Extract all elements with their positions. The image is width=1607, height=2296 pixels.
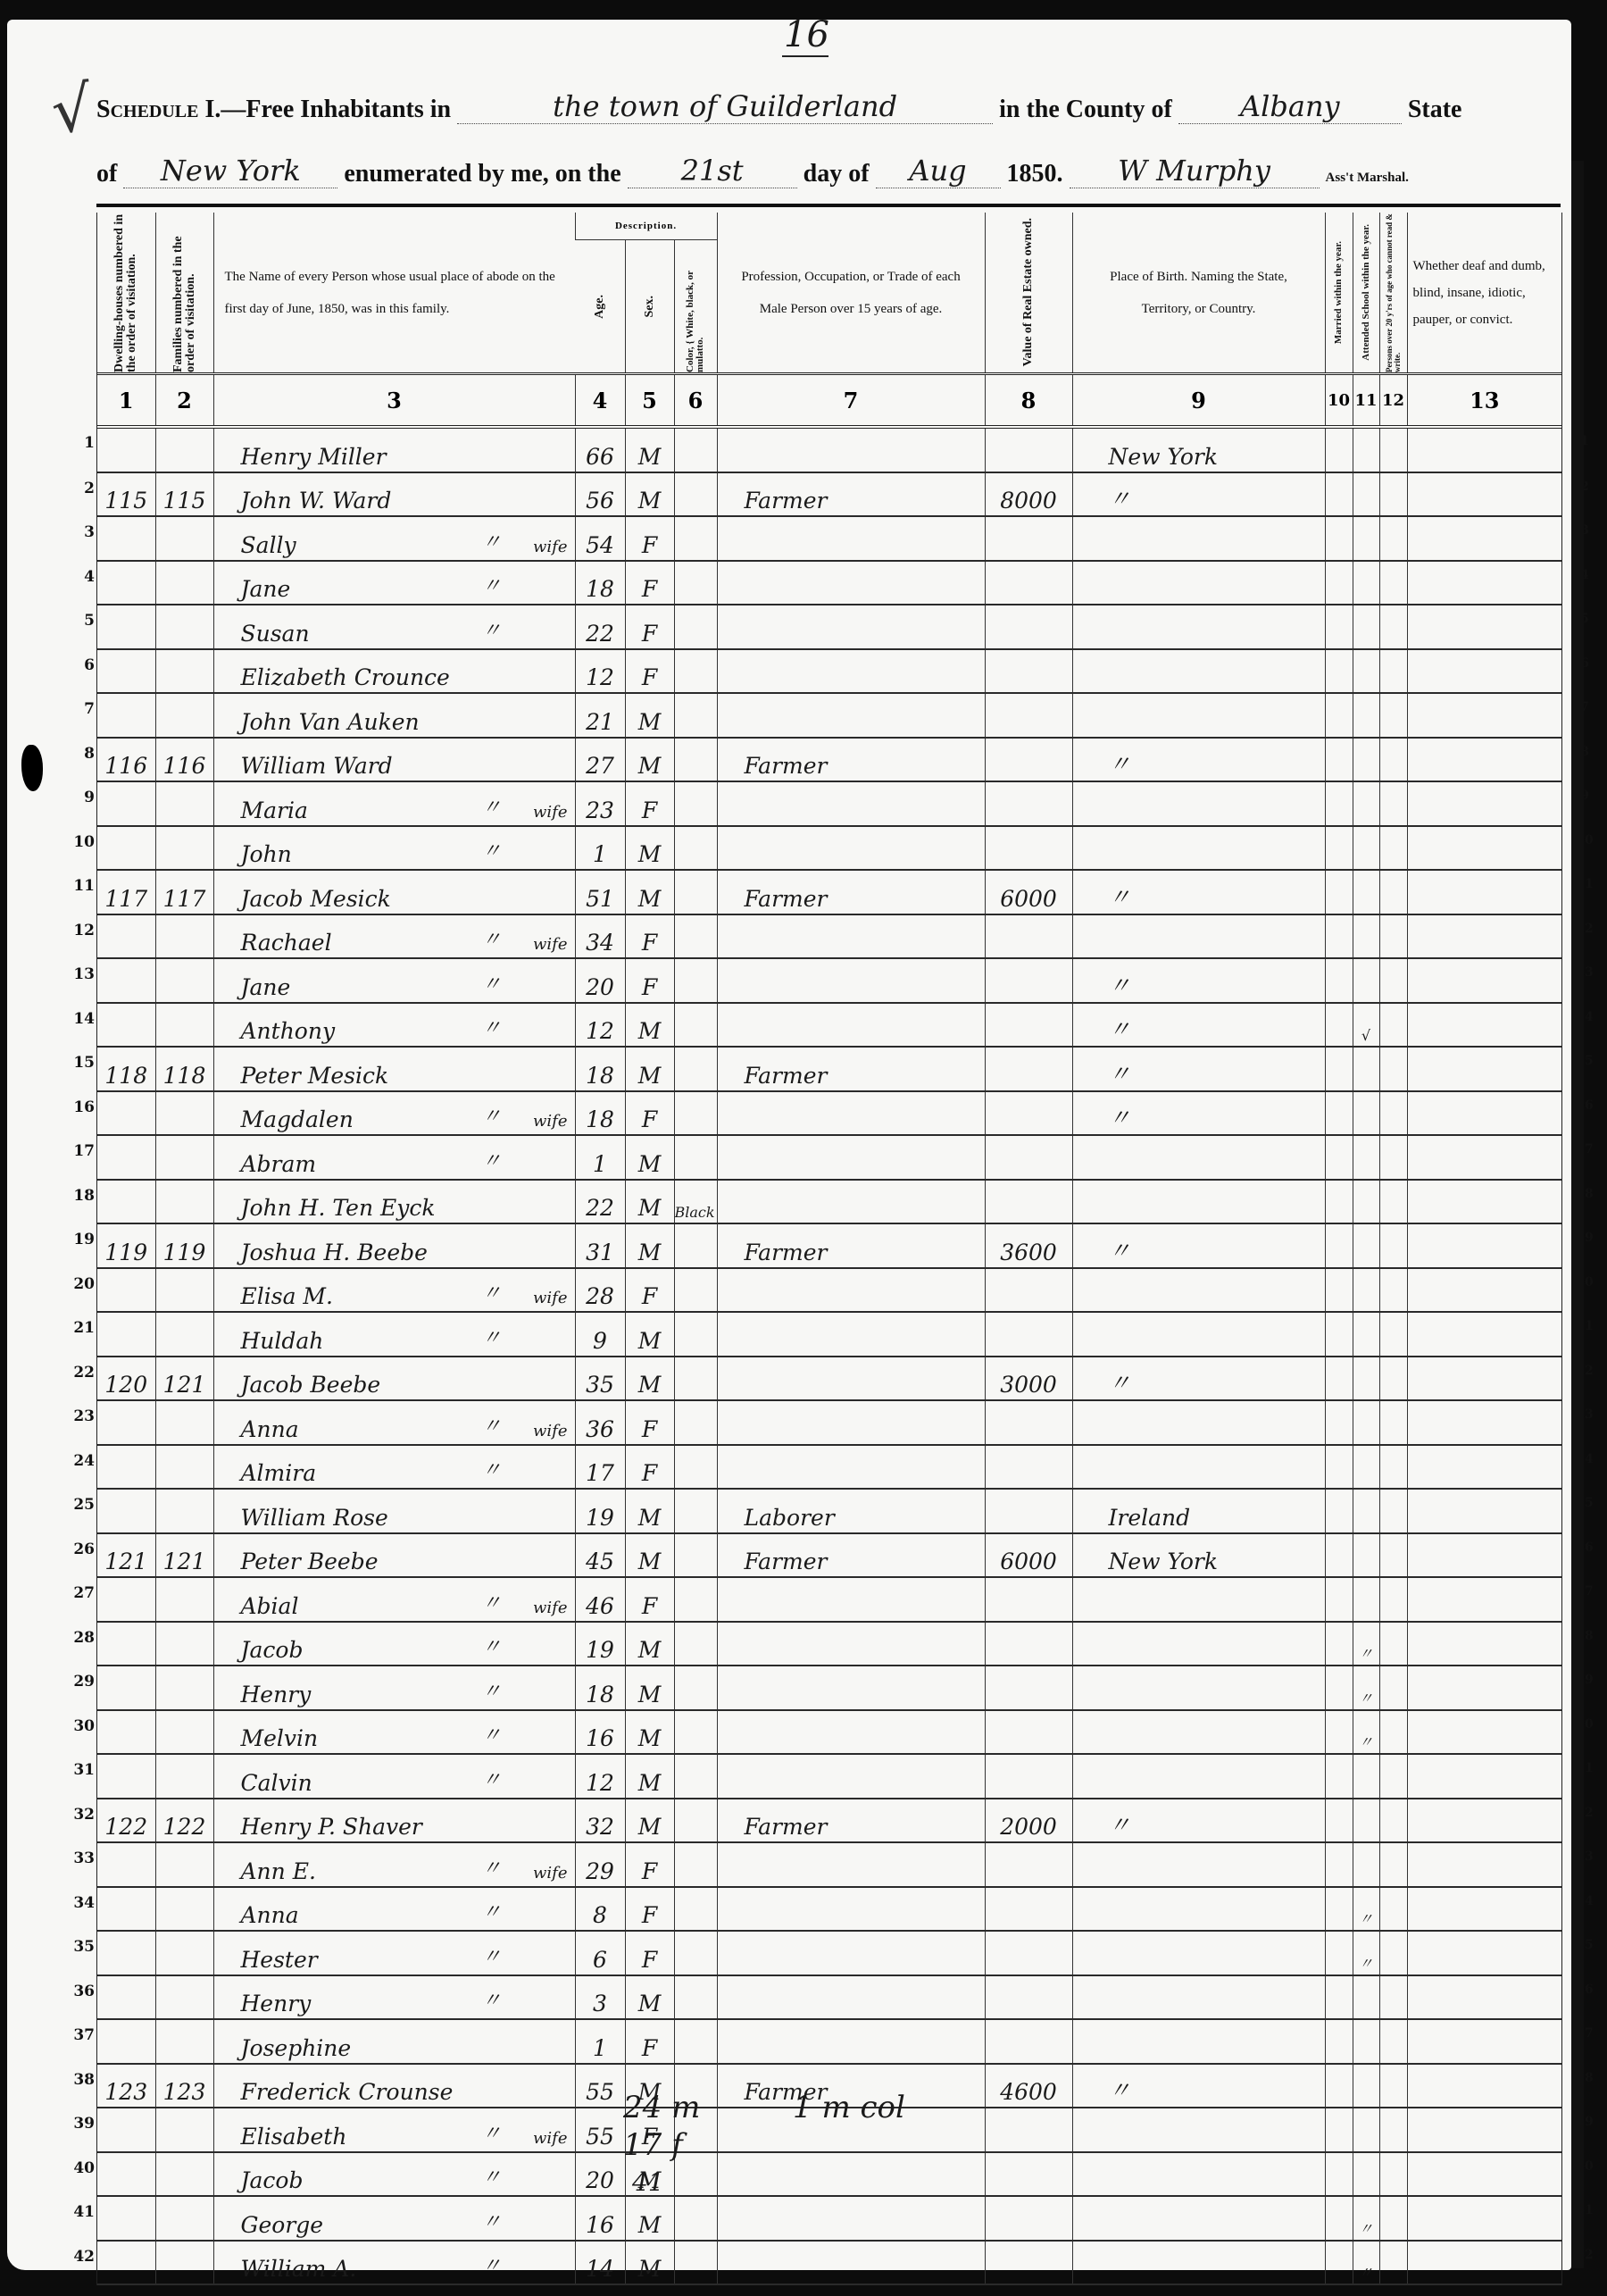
ditto-mark: 〃 <box>482 1985 502 2013</box>
ditto-mark: 〃 <box>482 1632 502 1659</box>
ditto-mark: 〃 <box>482 1853 502 1881</box>
table-row: Henry〃18M〃 <box>97 1666 1561 1710</box>
sex-cell: M <box>625 1622 674 1666</box>
dwelling-number-cell <box>97 1666 155 1710</box>
table-row: 119119Joshua H. Beebe31MFarmer3600〃 <box>97 1223 1561 1268</box>
line-number-left: 32 <box>62 1806 95 1824</box>
real-estate-value-cell: 8000 <box>985 472 1072 517</box>
age-cell: 28 <box>575 1268 625 1313</box>
birthplace-cell: New York <box>1072 1533 1325 1578</box>
person-name-cell: Frederick Crounse <box>213 2064 575 2108</box>
age-cell: 12 <box>575 1754 625 1799</box>
age-cell: 54 <box>575 516 625 561</box>
person-name-cell: Jacob Beebe <box>213 1357 575 1401</box>
color-cell <box>674 605 717 649</box>
disability-cell <box>1407 427 1561 472</box>
ditto-mark: 〃 <box>482 1676 502 1704</box>
illiterate-mark-cell <box>1379 2196 1407 2241</box>
disability-cell <box>1407 561 1561 605</box>
relation: wife <box>533 1422 567 1440</box>
color-cell <box>674 738 717 782</box>
illiterate-mark-cell <box>1379 1887 1407 1932</box>
married-mark-cell <box>1325 605 1353 649</box>
sex-cell: M <box>625 870 674 914</box>
school-mark-cell <box>1353 1400 1379 1445</box>
line-number-left: 7 <box>62 700 95 718</box>
page-binding-edge <box>1571 161 1584 2268</box>
disability-cell <box>1407 605 1561 649</box>
birthplace-cell: Ireland <box>1072 1489 1325 1533</box>
illiterate-mark-cell <box>1379 1091 1407 1136</box>
color-cell <box>674 914 717 959</box>
age-cell: 18 <box>575 1666 625 1710</box>
sex-cell: M <box>625 1047 674 1091</box>
table-row: Maria〃wife23F <box>97 781 1561 826</box>
line-number-left: 23 <box>62 1407 95 1425</box>
table-row: Anna〃wife36F <box>97 1400 1561 1445</box>
person-name: Henry Miller <box>241 444 387 470</box>
age-cell: 20 <box>575 2152 625 2197</box>
sex-cell: F <box>625 1091 674 1136</box>
occupation-cell: Farmer <box>717 1799 985 1843</box>
occupation-cell <box>717 693 985 738</box>
person-name-cell: Hester〃 <box>213 1931 575 1975</box>
person-name: Melvin <box>241 1725 319 1751</box>
table-row: 120121Jacob Beebe35M3000〃 <box>97 1357 1561 1401</box>
color-cell <box>674 1931 717 1975</box>
married-mark-cell <box>1325 1975 1353 2020</box>
line-number-left: 5 <box>62 612 95 630</box>
line-number-left: 37 <box>62 2026 95 2044</box>
sex-cell: F <box>625 649 674 694</box>
dwelling-number-cell <box>97 1400 155 1445</box>
school-mark-cell <box>1353 914 1379 959</box>
birthplace-cell <box>1072 1268 1325 1313</box>
dwelling-number-cell: 123 <box>97 2064 155 2108</box>
person-name: Calvin <box>241 1770 312 1796</box>
line-number-left: 26 <box>62 1540 95 1558</box>
table-row: George〃16M〃 <box>97 2196 1561 2241</box>
disability-cell <box>1407 2196 1561 2241</box>
age-cell: 22 <box>575 1180 625 1224</box>
disability-cell <box>1407 472 1561 517</box>
age-cell: 55 <box>575 2108 625 2152</box>
dwelling-number-cell <box>97 1710 155 1755</box>
occupation-cell <box>717 2152 985 2197</box>
married-mark-cell <box>1325 826 1353 871</box>
line-number-left: 16 <box>62 1098 95 1116</box>
month-field: Aug <box>876 154 1001 188</box>
ditto-mark: 〃 <box>482 1278 502 1306</box>
school-mark-cell <box>1353 1312 1379 1357</box>
family-number-cell <box>155 693 213 738</box>
col-header-occupation: Profession, Occupation, or Trade of each… <box>717 213 985 374</box>
line-number-left: 25 <box>62 1496 95 1514</box>
dwelling-number-cell <box>97 2196 155 2241</box>
sex-cell: M <box>625 2241 674 2285</box>
sex-cell: M <box>625 1754 674 1799</box>
person-name-cell: John〃 <box>213 826 575 871</box>
disability-cell <box>1407 1357 1561 1401</box>
married-mark-cell <box>1325 1710 1353 1755</box>
person-name-cell: Ann E.〃wife <box>213 1842 575 1887</box>
column-number-row: 123 456 789 101112 13 <box>97 374 1561 428</box>
real-estate-value-cell <box>985 1666 1072 1710</box>
school-mark-cell <box>1353 870 1379 914</box>
illiterate-mark-cell <box>1379 1135 1407 1180</box>
ditto-mark: 〃 <box>482 1101 502 1129</box>
sex-cell: M <box>625 1180 674 1224</box>
real-estate-value-cell <box>985 958 1072 1003</box>
married-mark-cell <box>1325 2241 1353 2285</box>
sex-cell: M <box>625 1357 674 1401</box>
disability-cell <box>1407 1533 1561 1578</box>
age-cell: 20 <box>575 958 625 1003</box>
color-cell <box>674 2196 717 2241</box>
illiterate-mark-cell <box>1379 1400 1407 1445</box>
married-mark-cell <box>1325 1622 1353 1666</box>
line-number-left: 10 <box>62 833 95 851</box>
age-cell: 1 <box>575 2019 625 2064</box>
family-number-cell <box>155 1135 213 1180</box>
school-mark-cell <box>1353 2064 1379 2108</box>
occupation-cell: Farmer <box>717 870 985 914</box>
title-prefix: —Free Inhabitants in <box>221 96 451 123</box>
table-row: Abial〃wife46F <box>97 1577 1561 1622</box>
birthplace-cell: 〃 <box>1072 870 1325 914</box>
school-mark-cell <box>1353 1091 1379 1136</box>
illiterate-mark-cell <box>1379 516 1407 561</box>
birthplace-cell: 〃 <box>1072 958 1325 1003</box>
tally-colored: 1 m col <box>793 2090 905 2125</box>
real-estate-value-cell <box>985 2108 1072 2152</box>
age-cell: 19 <box>575 1489 625 1533</box>
school-mark-cell <box>1353 1268 1379 1313</box>
table-row: John Van Auken21M <box>97 693 1561 738</box>
dwelling-number-cell <box>97 516 155 561</box>
illiterate-mark-cell <box>1379 2064 1407 2108</box>
person-name: Elisabeth <box>241 2124 347 2150</box>
person-name: Huldah <box>241 1328 324 1354</box>
age-cell: 36 <box>575 1400 625 1445</box>
birthplace-cell <box>1072 1180 1325 1224</box>
occupation-cell <box>717 1754 985 1799</box>
person-name: Hester <box>241 1947 318 1973</box>
real-estate-value-cell <box>985 516 1072 561</box>
occupation-cell <box>717 516 985 561</box>
married-mark-cell <box>1325 561 1353 605</box>
disability-cell <box>1407 1754 1561 1799</box>
person-name-cell: George〃 <box>213 2196 575 2241</box>
table-row: Anna〃8F〃 <box>97 1887 1561 1932</box>
occupation-cell <box>717 1666 985 1710</box>
color-cell <box>674 1666 717 1710</box>
age-cell: 27 <box>575 738 625 782</box>
age-cell: 17 <box>575 1445 625 1490</box>
disability-cell <box>1407 1003 1561 1048</box>
color-cell <box>674 693 717 738</box>
sex-cell: F <box>625 2019 674 2064</box>
family-number-cell <box>155 2019 213 2064</box>
sex-cell: F <box>625 958 674 1003</box>
ditto-mark: 〃 <box>482 924 502 952</box>
color-cell: Black <box>674 1180 717 1224</box>
person-name-cell: William Ward <box>213 738 575 782</box>
dwelling-number-cell: 117 <box>97 870 155 914</box>
dwelling-number-cell <box>97 427 155 472</box>
line-number-left: 36 <box>62 1983 95 2000</box>
real-estate-value-cell <box>985 1400 1072 1445</box>
school-mark-cell: 〃 <box>1353 1931 1379 1975</box>
dwelling-number-cell <box>97 1091 155 1136</box>
illiterate-mark-cell <box>1379 781 1407 826</box>
married-mark-cell <box>1325 1754 1353 1799</box>
line-number-left: 31 <box>62 1761 95 1779</box>
color-cell <box>674 1489 717 1533</box>
ditto-mark: 〃 <box>482 1455 502 1482</box>
person-name-cell: Joshua H. Beebe <box>213 1223 575 1268</box>
real-estate-value-cell <box>985 605 1072 649</box>
person-name-cell: Jacob Mesick <box>213 870 575 914</box>
color-cell <box>674 2241 717 2285</box>
illiterate-mark-cell <box>1379 2108 1407 2152</box>
birthplace-cell: 〃 <box>1072 1091 1325 1136</box>
description-group-header: Description. <box>575 213 717 240</box>
real-estate-value-cell <box>985 1135 1072 1180</box>
real-estate-value-cell <box>985 1312 1072 1357</box>
dwelling-number-cell <box>97 1622 155 1666</box>
dwelling-number-cell <box>97 1489 155 1533</box>
school-mark-cell <box>1353 826 1379 871</box>
person-name: Jacob Mesick <box>241 886 391 912</box>
age-cell: 14 <box>575 2241 625 2285</box>
line-number-left: 39 <box>62 2115 95 2133</box>
line-number-left: 3 <box>62 523 95 541</box>
disability-cell <box>1407 914 1561 959</box>
ditto-mark: 〃 <box>482 836 502 864</box>
real-estate-value-cell <box>985 2152 1072 2197</box>
birthplace-cell <box>1072 1710 1325 1755</box>
birthplace-cell <box>1072 2196 1325 2241</box>
birthplace-cell <box>1072 2152 1325 2197</box>
person-name: Henry <box>241 1682 312 1707</box>
schedule-title-line-2: of New York enumerated by me, on the 21s… <box>96 154 1409 188</box>
age-cell: 29 <box>575 1842 625 1887</box>
ditto-mark: 〃 <box>482 571 502 598</box>
page-number-underline <box>782 55 828 57</box>
birthplace-cell: 〃 <box>1072 1223 1325 1268</box>
school-mark-cell <box>1353 1180 1379 1224</box>
person-name: John W. Ward <box>241 488 392 513</box>
dwelling-number-cell: 116 <box>97 738 155 782</box>
occupation-cell <box>717 561 985 605</box>
married-mark-cell <box>1325 649 1353 694</box>
occupation-cell <box>717 1577 985 1622</box>
dwelling-number-cell <box>97 1312 155 1357</box>
disability-cell <box>1407 1091 1561 1136</box>
family-number-cell <box>155 2152 213 2197</box>
dwelling-number-cell <box>97 2019 155 2064</box>
table-row: Hester〃6F〃 <box>97 1931 1561 1975</box>
dwelling-number-cell <box>97 561 155 605</box>
occupation-cell <box>717 1975 985 2020</box>
person-name-cell: Jane〃 <box>213 561 575 605</box>
line-number-left: 40 <box>62 2159 95 2177</box>
person-name-cell: Josephine <box>213 2019 575 2064</box>
table-row: 118118Peter Mesick18MFarmer〃 <box>97 1047 1561 1091</box>
birthplace-cell <box>1072 1445 1325 1490</box>
birthplace-cell <box>1072 605 1325 649</box>
birthplace-cell <box>1072 1135 1325 1180</box>
illiterate-mark-cell <box>1379 1489 1407 1533</box>
illiterate-mark-cell <box>1379 1180 1407 1224</box>
birthplace-cell <box>1072 1400 1325 1445</box>
illiterate-mark-cell <box>1379 1445 1407 1490</box>
table-row: 121121Peter Beebe45MFarmer6000New York <box>97 1533 1561 1578</box>
disability-cell <box>1407 1135 1561 1180</box>
person-name: Jacob Beebe <box>241 1372 381 1398</box>
dwelling-number-cell <box>97 693 155 738</box>
family-number-cell: 117 <box>155 870 213 914</box>
sex-cell: M <box>625 693 674 738</box>
school-mark-cell <box>1353 427 1379 472</box>
married-mark-cell <box>1325 1799 1353 1843</box>
occupation-cell: Farmer <box>717 472 985 517</box>
school-mark-cell <box>1353 1047 1379 1091</box>
birthplace-cell: 〃 <box>1072 1357 1325 1401</box>
illiterate-mark-cell <box>1379 914 1407 959</box>
table-row: Elizabeth Crounce12F <box>97 649 1561 694</box>
person-name-cell: Jacob〃 <box>213 2152 575 2197</box>
dwelling-number-cell <box>97 605 155 649</box>
occupation-cell <box>717 1887 985 1932</box>
color-cell <box>674 472 717 517</box>
married-mark-cell <box>1325 1445 1353 1490</box>
real-estate-value-cell <box>985 1710 1072 1755</box>
dwelling-number-cell <box>97 1975 155 2020</box>
dwelling-number-cell <box>97 958 155 1003</box>
relation: wife <box>533 935 567 954</box>
table-row: Magdalen〃wife18F〃 <box>97 1091 1561 1136</box>
table-row: William A.〃14M〃 <box>97 2241 1561 2285</box>
real-estate-value-cell <box>985 1003 1072 1048</box>
age-cell: 9 <box>575 1312 625 1357</box>
illiterate-mark-cell <box>1379 1975 1407 2020</box>
line-number-left: 1 <box>62 434 95 452</box>
disability-cell <box>1407 1312 1561 1357</box>
school-mark-cell <box>1353 693 1379 738</box>
school-mark-cell <box>1353 1533 1379 1578</box>
dwelling-number-cell: 122 <box>97 1799 155 1843</box>
occupation-cell: Farmer <box>717 1533 985 1578</box>
school-mark-cell <box>1353 1754 1379 1799</box>
ditto-mark: 〃 <box>482 2250 502 2278</box>
sex-cell: F <box>625 914 674 959</box>
line-number-left: 6 <box>62 656 95 674</box>
real-estate-value-cell <box>985 1887 1072 1932</box>
page-number: 16 <box>784 14 829 55</box>
disability-cell <box>1407 2108 1561 2152</box>
family-number-cell <box>155 958 213 1003</box>
table-row: Jane〃18F <box>97 561 1561 605</box>
birthplace-cell <box>1072 561 1325 605</box>
color-cell <box>674 1003 717 1048</box>
sex-cell: M <box>625 1533 674 1578</box>
birthplace-cell: 〃 <box>1072 2064 1325 2108</box>
age-cell: 6 <box>575 1931 625 1975</box>
disability-cell <box>1407 870 1561 914</box>
color-cell <box>674 826 717 871</box>
person-name-cell: Huldah〃 <box>213 1312 575 1357</box>
line-number-left: 29 <box>62 1673 95 1691</box>
occupation-cell <box>717 1135 985 1180</box>
person-name: Anna <box>241 1416 299 1442</box>
person-name-cell: Henry〃 <box>213 1975 575 2020</box>
person-name-cell: Anthony〃 <box>213 1003 575 1048</box>
family-number-cell <box>155 427 213 472</box>
col-header-color: Color, { White, black, or mulatto. <box>674 240 717 374</box>
age-cell: 12 <box>575 649 625 694</box>
person-name: John Van Auken <box>241 709 420 735</box>
line-number-left: 35 <box>62 1938 95 1956</box>
married-mark-cell <box>1325 738 1353 782</box>
real-estate-value-cell <box>985 1489 1072 1533</box>
ditto-mark: 〃 <box>482 1411 502 1439</box>
real-estate-value-cell <box>985 1445 1072 1490</box>
real-estate-value-cell: 6000 <box>985 870 1072 914</box>
disability-cell <box>1407 1842 1561 1887</box>
family-number-cell <box>155 2108 213 2152</box>
color-cell <box>674 1533 717 1578</box>
sex-cell: F <box>625 1887 674 1932</box>
illiterate-mark-cell <box>1379 2019 1407 2064</box>
real-estate-value-cell <box>985 427 1072 472</box>
dwelling-number-cell <box>97 1445 155 1490</box>
birthplace-cell <box>1072 693 1325 738</box>
real-estate-value-cell <box>985 1180 1072 1224</box>
sex-cell: M <box>625 1489 674 1533</box>
col-header-family: Families numbered in the order of visita… <box>155 213 213 374</box>
ditto-mark: 〃 <box>482 1765 502 1792</box>
table-row: Almira〃17F <box>97 1445 1561 1490</box>
birthplace-cell: 〃 <box>1072 472 1325 517</box>
table-row: Henry Miller66MNew York <box>97 427 1561 472</box>
married-mark-cell <box>1325 1842 1353 1887</box>
enumerated-label: enumerated by me, on the <box>344 160 620 188</box>
age-cell: 56 <box>575 472 625 517</box>
married-mark-cell <box>1325 1135 1353 1180</box>
dwelling-number-cell: 121 <box>97 1533 155 1578</box>
family-number-cell <box>155 781 213 826</box>
family-number-cell <box>155 1445 213 1490</box>
occupation-cell <box>717 1842 985 1887</box>
age-cell: 66 <box>575 427 625 472</box>
color-cell <box>674 1710 717 1755</box>
ink-blot <box>21 745 43 791</box>
dwelling-number-cell <box>97 1754 155 1799</box>
married-mark-cell <box>1325 1887 1353 1932</box>
line-number-left: 20 <box>62 1275 95 1293</box>
married-mark-cell <box>1325 472 1353 517</box>
line-number-left: 27 <box>62 1584 95 1602</box>
line-number-left: 2 <box>62 480 95 497</box>
school-mark-cell <box>1353 2108 1379 2152</box>
illiterate-mark-cell <box>1379 870 1407 914</box>
color-cell <box>674 1135 717 1180</box>
col-header-disability: Whether deaf and dumb, blind, insane, id… <box>1407 213 1561 374</box>
dwelling-number-cell <box>97 2108 155 2152</box>
school-mark-cell <box>1353 958 1379 1003</box>
